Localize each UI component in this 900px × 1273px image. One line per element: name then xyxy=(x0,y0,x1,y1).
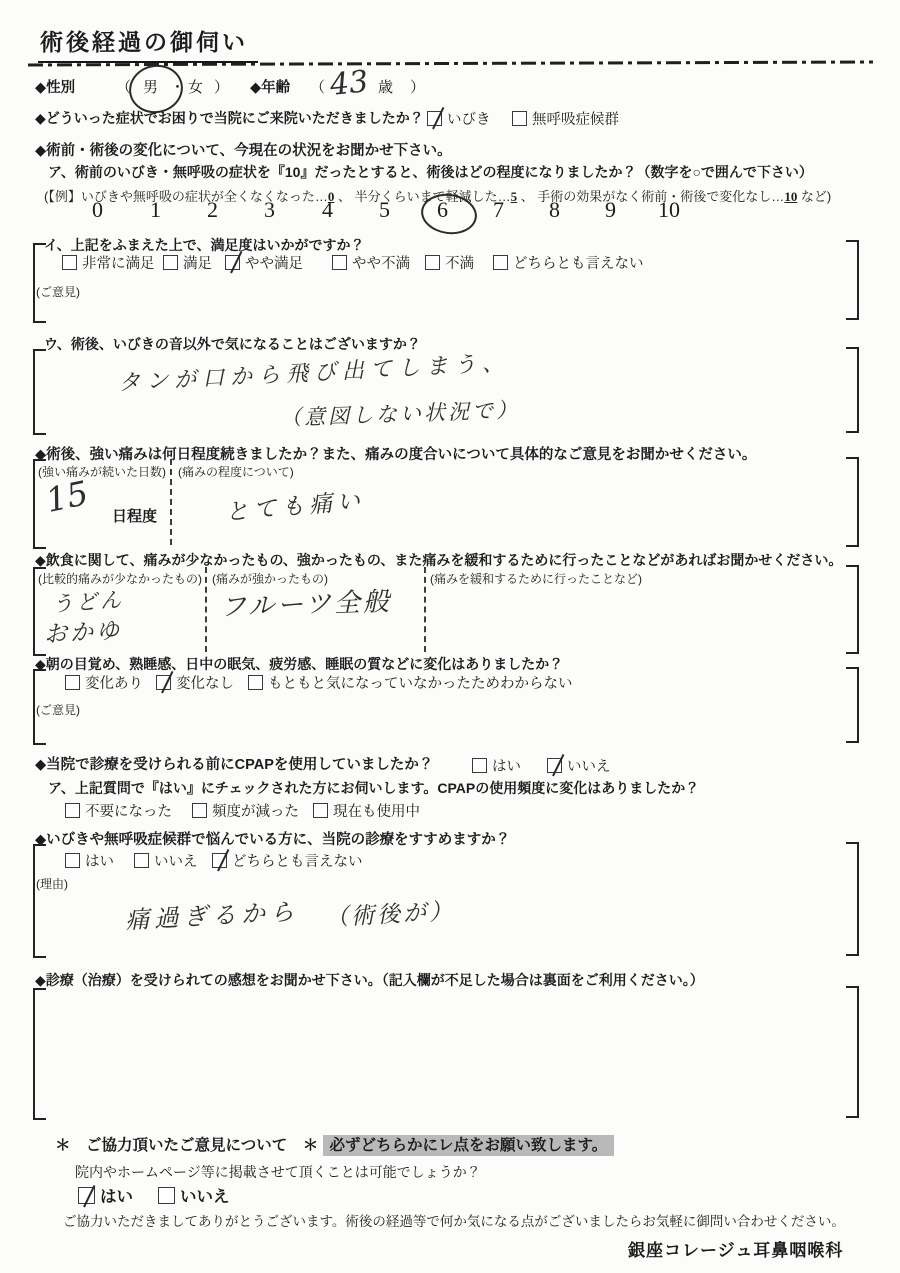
option-neither: どちらとも言えない xyxy=(493,252,644,273)
option-label: 変化あり xyxy=(85,672,143,693)
sleep-heading: ◆朝の目覚め、熟睡感、日中の眠気、疲労感、睡眠の質などに変化はありましたか？ xyxy=(35,654,563,674)
symptom-question: ◆どういった症状でお困りで当院にご来院いただきましたか？ xyxy=(35,108,424,128)
check-mark-icon xyxy=(83,1184,95,1206)
publish-question: 院内やホームページ等に掲載させて頂くことは可能でしょうか？ xyxy=(75,1162,481,1182)
option-label: 現在も使用中 xyxy=(333,800,420,821)
paren: ） xyxy=(214,76,229,97)
recommend-question: ◆いびきや無呼吸症候群で悩んでいる方に、当院の診療をすすめますか？ xyxy=(35,828,510,849)
option-label: やや不満 xyxy=(352,252,410,273)
answer-box-bracket-right xyxy=(846,347,859,433)
checkbox-unchecked xyxy=(332,255,347,270)
option-recommend-neither: どちらとも言えない xyxy=(212,850,363,871)
impressions-heading: ◆診療（治療）を受けられての感想をお聞かせ下さい。（記入欄が不足した場合は裏面を… xyxy=(35,970,704,990)
check-mark-icon xyxy=(161,671,173,693)
checkbox-unchecked xyxy=(472,758,487,773)
checkbox-checked xyxy=(427,111,442,126)
reason-handwritten-1: 痛過ぎるから xyxy=(124,891,300,935)
scale-number-5: 5 xyxy=(379,197,390,223)
more-pain-answer: フルーツ全般 xyxy=(219,581,392,624)
eating-column-divider-1 xyxy=(205,567,207,652)
scale-number-3: 3 xyxy=(264,197,275,223)
option-label: 頻度が減った xyxy=(212,800,299,821)
paren: ） xyxy=(410,76,425,97)
pain-degree-handwritten: とても痛い xyxy=(224,482,366,527)
pain-days-handwritten: 15 xyxy=(42,473,91,520)
pain-heading: ◆術後、強い痛みは何日程度続きましたか？また、痛みの度合いについて具体的なご意見… xyxy=(35,443,756,464)
circle-annotation-six xyxy=(418,190,479,237)
eating-column-divider-2 xyxy=(424,567,426,652)
option-label: はい xyxy=(100,1183,133,1207)
cpap-sub-question: ア、上記質問で『はい』にチェックされた方にお伺いします。CPAPの使用頻度に変化… xyxy=(48,778,699,798)
option-cpap-yes: はい xyxy=(472,755,521,776)
check-mark-icon xyxy=(432,107,444,129)
change-sub-question: ア、術前のいびき・無呼吸の症状を『10』だったとすると、術後はどの程度になりまし… xyxy=(48,162,813,182)
option-label: いいえ xyxy=(180,1183,230,1207)
impressions-box-bracket-left xyxy=(33,988,46,1120)
checkbox-unchecked xyxy=(512,111,527,126)
page-title: 術後経過の御伺い xyxy=(38,24,258,63)
relief-label: (痛みを緩和するために行ったことなど) xyxy=(430,570,642,587)
checkbox-unchecked xyxy=(192,803,207,818)
option-label: 満足 xyxy=(183,252,212,273)
option-label: もともと気になっていなかったためわからない xyxy=(268,672,573,693)
age-label: ◆年齢 xyxy=(250,76,290,97)
satisfaction-options: 非常に満足 満足 やや満足 やや不満 不満 どちらとも言えない xyxy=(0,252,900,274)
check-mark-icon xyxy=(217,849,229,871)
thanks-message: ご協力いただきましてありがとうございます。術後の経過等で何か気になる点がございま… xyxy=(63,1210,845,1230)
option-label: どちらとも言えない xyxy=(232,850,363,871)
eating-box-bracket-right xyxy=(846,565,859,654)
checkbox-unchecked xyxy=(425,255,440,270)
option-somewhat-satisfied: やや満足 xyxy=(225,252,303,273)
impressions-box-bracket-right xyxy=(846,986,859,1118)
option-still-using: 現在も使用中 xyxy=(313,800,420,821)
option-dissatisfied: 不満 xyxy=(425,252,474,273)
option-publish-no: いいえ xyxy=(158,1183,230,1207)
pain-days-label: (強い痛みが続いた日数) xyxy=(38,463,166,480)
option-very-satisfied: 非常に満足 xyxy=(62,252,155,273)
concerns-heading: ウ、術後、いびきの音以外で気になることはございますか？ xyxy=(44,334,421,354)
option-label: やや満足 xyxy=(245,252,303,273)
concerns-answer-line2: （意図しない状況で） xyxy=(280,394,521,432)
checkbox-unchecked xyxy=(158,1187,175,1204)
option-somewhat-dissatisfied: やや不満 xyxy=(332,252,410,273)
option-label: はい xyxy=(492,755,521,776)
scanned-questionnaire: 術後経過の御伺い ◆性別 （ 男 ・ 女 ） ◆年齢 （ 43 歳 ） ◆どうい… xyxy=(0,0,900,1273)
checkbox-unchecked xyxy=(65,675,80,690)
option-label: 非常に満足 xyxy=(82,252,155,273)
checkbox-checked xyxy=(212,853,227,868)
option-no-longer-needed: 不要になった xyxy=(65,800,172,821)
comment-label: (ご意見) xyxy=(36,701,80,718)
checkbox-unchecked xyxy=(134,853,149,868)
pain-degree-label: (痛みの程度について) xyxy=(178,463,294,480)
checkbox-unchecked xyxy=(163,255,178,270)
checkbox-unchecked xyxy=(65,803,80,818)
checkbox-unchecked xyxy=(62,255,77,270)
option-label: いいえ xyxy=(567,755,611,776)
checkbox-unchecked xyxy=(65,853,80,868)
answer-box-bracket-left xyxy=(33,349,46,435)
scale-number-8: 8 xyxy=(549,197,560,223)
option-label: いいえ xyxy=(154,850,198,871)
change-heading: ◆術前・術後の変化について、今現在の状況をお聞かせ下さい。 xyxy=(35,139,452,160)
cpap-question: ◆当院で診療を受けられる前にCPAPを使用していましたか？ xyxy=(35,753,433,774)
footer-note-prefix: ＊ ご協力頂いたご意見について ＊ xyxy=(55,1137,318,1154)
option-recommend-no: いいえ xyxy=(134,850,198,871)
scale-number-4: 4 xyxy=(322,197,333,223)
option-satisfied: 満足 xyxy=(163,252,212,273)
option-label: 無呼吸症候群 xyxy=(532,108,619,129)
checkbox-checked xyxy=(156,675,171,690)
reason-handwritten-2: （術後が） xyxy=(324,893,456,933)
option-label: いびき xyxy=(447,108,491,129)
scale-number-2: 2 xyxy=(207,197,218,223)
eating-heading: ◆飲食に関して、痛みが少なかったもの、強かったもの、また痛みを緩和するために行っ… xyxy=(35,550,842,570)
gender-option-female: 女 xyxy=(188,76,203,97)
scale-number-0: 0 xyxy=(92,197,103,223)
check-mark-icon xyxy=(552,754,564,776)
checkbox-checked xyxy=(78,1187,95,1204)
option-ibiki: いびき xyxy=(427,108,491,129)
age-unit: 歳 xyxy=(378,76,393,97)
scale-number-1: 1 xyxy=(150,197,161,223)
less-pain-answer-2: おかゆ xyxy=(43,612,123,649)
profile-row: ◆性別 （ 男 ・ 女 ） ◆年齢 （ 43 歳 ） xyxy=(0,74,900,104)
scale-number-7: 7 xyxy=(493,197,504,223)
option-mukokyu: 無呼吸症候群 xyxy=(512,108,619,129)
publish-options: はい いいえ xyxy=(0,1183,900,1207)
checkbox-unchecked xyxy=(248,675,263,690)
option-change-no: 変化なし xyxy=(156,672,234,693)
symptom-row: ◆どういった症状でお困りで当院にご来院いただきましたか？ いびき 無呼吸症候群 xyxy=(0,106,900,130)
option-change-yes: 変化あり xyxy=(65,672,143,693)
option-label: はい xyxy=(85,850,114,871)
scale-number-9: 9 xyxy=(605,197,616,223)
footer-note-highlight: 必ずどちらかにレ点をお願い致します。 xyxy=(323,1135,615,1156)
option-label: 不満 xyxy=(445,252,474,273)
option-label: 不要になった xyxy=(85,800,172,821)
gender-label: ◆性別 xyxy=(35,76,75,97)
checkbox-checked xyxy=(225,255,240,270)
age-value-handwritten: 43 xyxy=(328,64,370,103)
checkbox-checked xyxy=(547,758,562,773)
clinic-name: 銀座コレージュ耳鼻咽喉科 xyxy=(628,1236,843,1261)
check-mark-icon xyxy=(230,251,242,273)
checkbox-unchecked xyxy=(493,255,508,270)
option-label: どちらとも言えない xyxy=(513,252,644,273)
comment-label: (ご意見) xyxy=(36,283,80,300)
reason-label: (理由) xyxy=(36,875,68,892)
paren: （ xyxy=(310,76,325,97)
pain-box-bracket-right xyxy=(846,457,859,547)
pain-column-divider xyxy=(170,459,172,545)
option-publish-yes: はい xyxy=(78,1183,133,1207)
option-frequency-decreased: 頻度が減った xyxy=(192,800,299,821)
option-label: 変化なし xyxy=(176,672,234,693)
cpap-sub-options: 不要になった 頻度が減った 現在も使用中 xyxy=(0,800,900,822)
footer-note: ＊ ご協力頂いたご意見について ＊ 必ずどちらかにレ点をお願い致します。 xyxy=(55,1133,614,1155)
option-cpap-no: いいえ xyxy=(547,755,611,776)
checkbox-unchecked xyxy=(313,803,328,818)
pain-days-unit: 日程度 xyxy=(112,505,157,526)
sleep-options: 変化あり 変化なし もともと気になっていなかったためわからない xyxy=(0,672,900,694)
option-change-unknown: もともと気になっていなかったためわからない xyxy=(248,672,573,693)
rating-scale: 0 1 2 3 4 5 6 7 8 9 10 xyxy=(0,197,900,231)
scale-number-10: 10 xyxy=(658,197,680,223)
recommend-options: はい いいえ どちらとも言えない xyxy=(0,850,900,872)
option-recommend-yes: はい xyxy=(65,850,114,871)
